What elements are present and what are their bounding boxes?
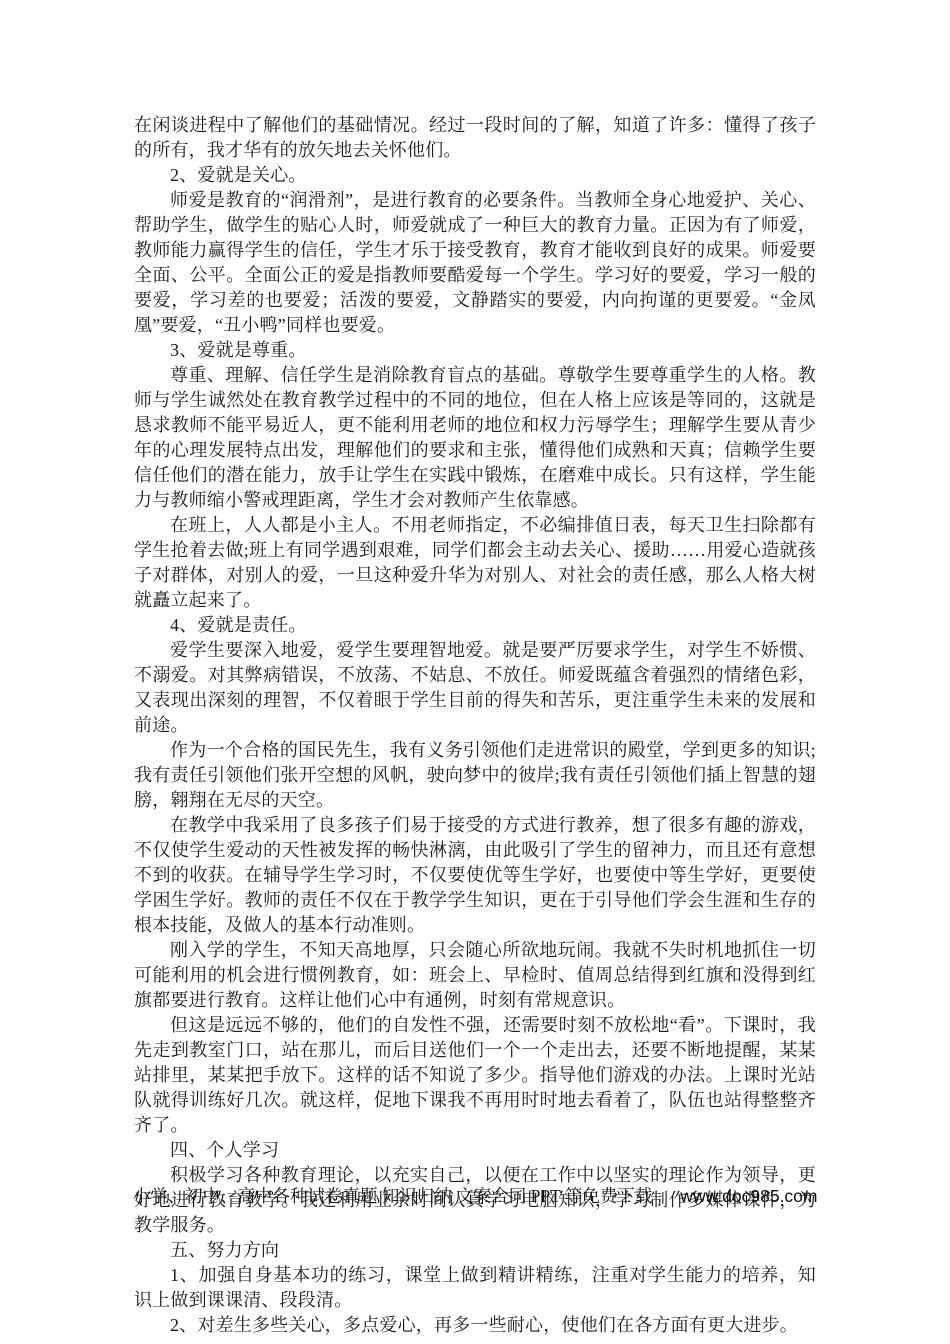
document-page: 在闲谈进程中了解他们的基础情况。经过一段时间的了解，知道了许多：懂得了孩子的所有… [0,0,950,1344]
footer-promo-text: 小学、初中、高中各种试卷真题 知识归纳 文案合同 PPT 等免费下载 [133,1184,653,1209]
paragraph: 但这是远远不够的，他们的自发性不强，还需要时刻不放松地“看”。下课时，我先走到教… [134,1013,816,1138]
paragraph: 四、个人学习 [134,1138,816,1163]
page-footer: 小学、初中、高中各种试卷真题 知识归纳 文案合同 PPT 等免费下载 www.d… [0,1184,950,1209]
paragraph: 尊重、理解、信任学生是消除教育盲点的基础。尊敬学生要尊重学生的人格。教师与学生诚… [134,363,816,513]
document-body: 在闲谈进程中了解他们的基础情况。经过一段时间的了解，知道了许多：懂得了孩子的所有… [134,113,816,1338]
paragraph: 2、爱就是关心。 [134,163,816,188]
paragraph: 3、爱就是尊重。 [134,338,816,363]
paragraph: 4、爱就是责任。 [134,613,816,638]
paragraph: 刚入学的学生，不知天高地厚，只会随心所欲地玩闹。我就不失时机地抓住一切可能利用的… [134,938,816,1013]
paragraph: 在班上，人人都是小主人。不用老师指定，不必编排值日表，每天卫生扫除都有学生抢着去… [134,513,816,613]
paragraph: 爱学生要深入地爱，爱学生要理智地爱。就是要严厉要求学生，对学生不娇惯、不溺爱。对… [134,638,816,738]
paragraph: 1、加强自身基本功的练习，课堂上做到精讲精练，注重对学生能力的培养，知识上做到课… [134,1263,816,1313]
paragraph: 师爱是教育的“润滑剂”，是进行教育的必要条件。当教师全身心地爱护、关心、帮助学生… [134,188,816,338]
paragraph: 五、努力方向 [134,1238,816,1263]
paragraph: 2、对差生多些关心，多点爱心，再多一些耐心，使他们在各方面有更大进步。 [134,1313,816,1338]
paragraph: 在教学中我采用了良多孩子们易于接受的方式进行教养，想了很多有趣的游戏，不仅使学生… [134,813,816,938]
paragraph: 在闲谈进程中了解他们的基础情况。经过一段时间的了解，知道了许多：懂得了孩子的所有… [134,113,816,163]
footer-site-link[interactable]: www.doc985.com [680,1184,817,1209]
paragraph: 作为一个合格的国民先生，我有义务引领他们走进常识的殿堂，学到更多的知识;我有责任… [134,738,816,813]
